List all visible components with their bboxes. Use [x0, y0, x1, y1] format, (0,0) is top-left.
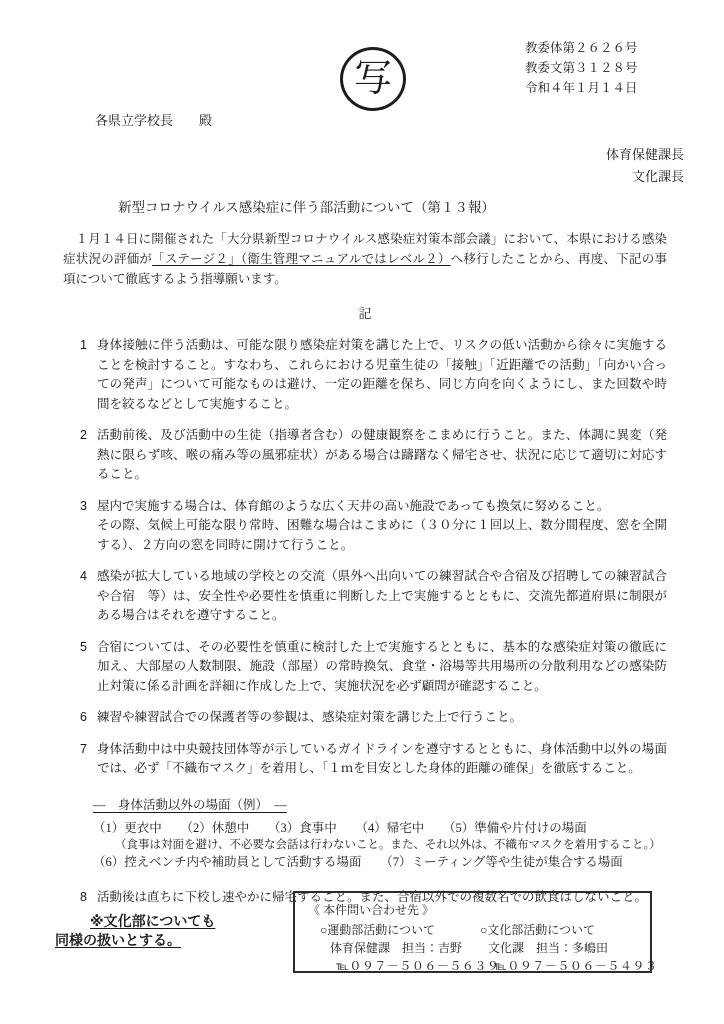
item-number: 1: [80, 336, 87, 356]
item-text: 屋内で実施する場合は、体育館のような広く天井の高い施設であっても換気に努めること…: [97, 497, 667, 556]
contact-tel-culture: ℡０９７－５０６－５４９３: [480, 957, 657, 975]
list-item-6: 6練習や練習試合での保護者等の参観は、感染症対策を講じた上で行うこと。: [63, 708, 667, 728]
scene-examples: ― 身体活動以外の場面（例） ― （1）更衣中 （2）休憩中 （3）食事中 （4…: [63, 796, 667, 871]
contact-dept-sports: 体育保健課 担当：吉野: [308, 939, 480, 957]
item-text-line: 練習や練習試合での保護者等の参観は、感染症対策を講じた上で行うこと。: [97, 708, 667, 728]
item-number: 4: [80, 567, 87, 587]
sender-line: 文化課長: [606, 166, 684, 188]
contact-about-culture: ○文化部活動について: [480, 921, 657, 939]
list-item-5: 5合宿については、その必要性を慎重に検討した上で実施するとともに、基本的な感染症…: [63, 638, 667, 697]
item-text: 合宿については、その必要性を慎重に検討した上で実施するとともに、基本的な感染症対…: [97, 638, 667, 697]
intro-paragraph: １月１４日に開催された「大分県新型コロナウイルス感染症対策本部会議」において、本…: [63, 229, 667, 289]
scene-examples-heading: ― 身体活動以外の場面（例） ―: [93, 796, 667, 814]
list-item-3: 3屋内で実施する場合は、体育館のような広く天井の高い施設であっても換気に努めるこ…: [63, 497, 667, 556]
document-title: 新型コロナウイルス感染症に伴う部活動について（第１３報）: [118, 196, 495, 216]
item-text: 練習や練習試合での保護者等の参観は、感染症対策を講じた上で行うこと。: [97, 708, 667, 728]
contact-grid: ○運動部活動について ○文化部活動について 体育保健課 担当：吉野 文化課 担当…: [308, 921, 650, 975]
doc-number-line: 教委文第３１２８号: [525, 58, 638, 78]
item-text-line: 合宿については、その必要性を慎重に検討した上で実施するとともに、基本的な感染症対…: [97, 638, 667, 697]
item-text-line: 感染が拡大している地域の学校との交流（県外へ出向いての練習試合や合宿及び招聘して…: [97, 567, 667, 626]
document-page: 写 教委体第２６２６号教委文第３１２８号令和４年１月１４日 各県立学校長 殿 体…: [0, 0, 724, 1024]
contact-heading: 《 本件問い合わせ先 》: [308, 901, 650, 919]
footnote-line: ※文化部についても: [90, 912, 215, 931]
list-item-2: 2活動前後、及び活動中の生徒（指導者含む）の健康観察をこまめに行うこと。また、体…: [63, 426, 667, 485]
list-item-1: 1身体接触に伴う活動は、可能な限り感染症対策を講じた上で、リスクの低い活動から徐…: [63, 336, 667, 414]
sender-block: 体育保健課長文化課長: [606, 144, 684, 188]
list-item-7: 7身体活動中は中央競技団体等が示しているガイドラインを遵守するとともに、身体活動…: [63, 740, 667, 779]
scene-examples-line-2: （6）控えベンチ内や補助員として活動する場面 （7）ミーティング等や生徒が集合す…: [93, 853, 667, 871]
footnote-line: 同様の扱いとする。: [55, 931, 215, 950]
recipient-line: 各県立学校長 殿: [95, 110, 212, 129]
item-number: 5: [80, 638, 87, 658]
doc-number-block: 教委体第２６２６号教委文第３１２８号令和４年１月１４日: [525, 38, 638, 98]
intro-underlined-segment: 「ステージ２」（衛生管理マニュアルではレベル２）: [152, 252, 450, 266]
item-number: 8: [80, 888, 87, 908]
item-number: 7: [80, 740, 87, 760]
doc-number-line: 教委体第２６２６号: [525, 38, 638, 58]
document-body: １月１４日に開催された「大分県新型コロナウイルス感染症対策本部会議」において、本…: [63, 229, 667, 919]
copy-stamp-text: 写: [354, 60, 392, 98]
item-text: 身体活動中は中央競技団体等が示しているガイドラインを遵守するとともに、身体活動中…: [97, 740, 667, 779]
contact-tel-sports: ℡０９７－５０６－５６３９: [308, 957, 480, 975]
item-number: 2: [80, 426, 87, 446]
record-mark: 記: [63, 303, 667, 322]
item-number: 3: [80, 497, 87, 517]
item-number: 6: [80, 708, 87, 728]
item-text: 活動前後、及び活動中の生徒（指導者含む）の健康観察をこまめに行うこと。また、体調…: [97, 426, 667, 485]
contact-dept-culture: 文化課 担当：多嶋田: [480, 939, 657, 957]
sender-line: 体育保健課長: [606, 144, 684, 166]
contact-box: 《 本件問い合わせ先 》 ○運動部活動について ○文化部活動について 体育保健課…: [293, 891, 652, 973]
items-list: 1身体接触に伴う活動は、可能な限り感染症対策を講じた上で、リスクの低い活動から徐…: [63, 336, 667, 779]
item-text-line: 活動前後、及び活動中の生徒（指導者含む）の健康観察をこまめに行うこと。また、体調…: [97, 426, 667, 485]
item-text: 感染が拡大している地域の学校との交流（県外へ出向いての練習試合や合宿及び招聘して…: [97, 567, 667, 626]
contact-about-sports: ○運動部活動について: [308, 921, 480, 939]
item-text-line: 身体接触に伴う活動は、可能な限り感染症対策を講じた上で、リスクの低い活動から徐々…: [97, 336, 667, 414]
item-text-line: その際、気候上可能な限り常時、困難な場合はこまめに（３０分に１回以上、数分間程度…: [97, 516, 667, 555]
copy-stamp: 写: [340, 47, 406, 111]
item-text-line: 屋内で実施する場合は、体育館のような広く天井の高い施設であっても換気に努めること…: [97, 497, 667, 517]
item-text-line: 身体活動中は中央競技団体等が示しているガイドラインを遵守するとともに、身体活動中…: [97, 740, 667, 779]
doc-number-line: 令和４年１月１４日: [525, 78, 638, 98]
list-item-4: 4感染が拡大している地域の学校との交流（県外へ出向いての練習試合や合宿及び招聘し…: [63, 567, 667, 626]
scene-examples-line-1: （1）更衣中 （2）休憩中 （3）食事中 （4）帰宅中 （5）準備や片付けの場面: [93, 819, 667, 837]
scene-examples-note: （食事は対面を避け、不必要な会話は行わないこと。また、それ以外は、不織布マスクを…: [93, 837, 667, 853]
item-text: 身体接触に伴う活動は、可能な限り感染症対策を講じた上で、リスクの低い活動から徐々…: [97, 336, 667, 414]
footnote-culture-club: ※文化部についても同様の扱いとする。: [55, 912, 215, 950]
